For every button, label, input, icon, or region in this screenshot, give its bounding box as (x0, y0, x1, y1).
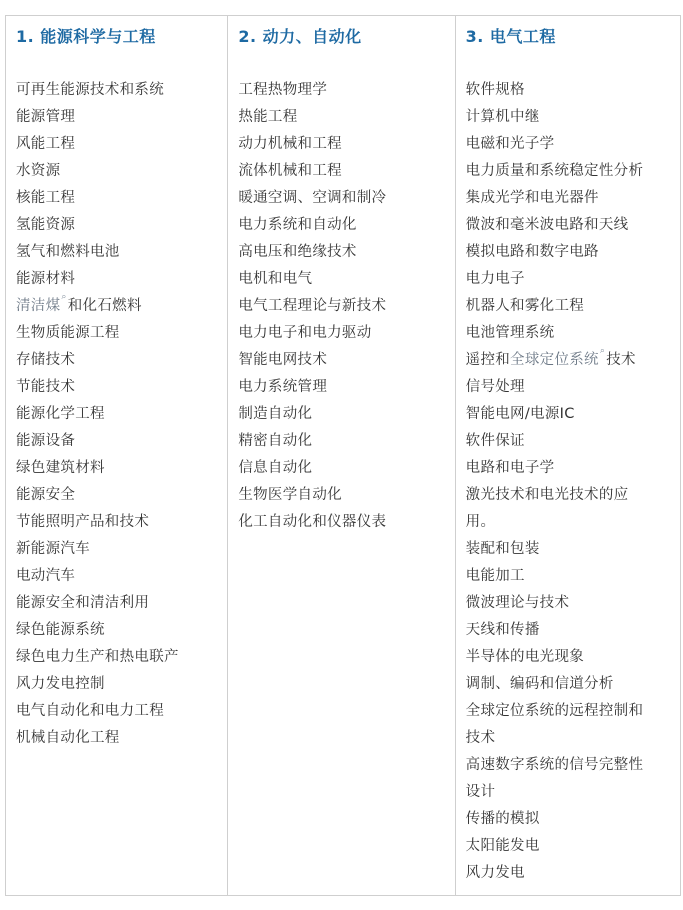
item-text: 氢气和燃料电池 (16, 244, 120, 260)
list-item: 热能工程 (238, 104, 454, 131)
item-text: 电力系统和自动化 (238, 217, 356, 233)
list-item: 智能电网技术 (238, 347, 454, 374)
item-text: 技术 (606, 352, 636, 368)
list-item: 模拟电路和数字电路 (466, 239, 674, 266)
item-text: 软件规格 (466, 82, 525, 98)
item-text: 天线和传播 (466, 622, 540, 638)
list-item: 水资源 (16, 158, 227, 185)
item-text: 调制、编码和信道分析 (466, 676, 614, 692)
list-item: 调制、编码和信道分析 (466, 671, 674, 698)
list-item: 软件保证 (466, 428, 674, 455)
list-item: 可再生能源技术和系统 (16, 77, 227, 104)
item-text: 工程热物理学 (238, 82, 327, 98)
item-text: 电磁和光子学 (466, 136, 555, 152)
item-text: 微波理论与技术 (466, 595, 570, 611)
item-text: 软件保证 (466, 433, 525, 449)
list-item: 全球定位系统的远程控制和 (466, 698, 674, 725)
list-item: 氢气和燃料电池 (16, 239, 227, 266)
item-text: 微波和毫米波电路和天线 (466, 217, 629, 233)
list-item: 动力机械和工程 (238, 131, 454, 158)
list-item: 信号处理 (466, 374, 674, 401)
column-electrical-engineering: 3. 电气工程 软件规格计算机中继电磁和光子学电力质量和系统稳定性分析集成光学和… (455, 16, 680, 895)
list-item: 电力系统和自动化 (238, 212, 454, 239)
list-item: 存储技术 (16, 347, 227, 374)
list-item: 电动汽车 (16, 563, 227, 590)
item-text: 电力电子和电力驱动 (238, 325, 371, 341)
item-text: 机械自动化工程 (16, 730, 120, 746)
list-item: 精密自动化 (238, 428, 454, 455)
column-power-automation: 2. 动力、自动化 工程热物理学热能工程动力机械和工程流体机械和工程暖通空调、空… (227, 16, 454, 895)
item-text: 热能工程 (238, 109, 297, 125)
list-item: 能源安全 (16, 482, 227, 509)
item-text: 电机和电气 (238, 271, 312, 287)
item-text: 电气自动化和电力工程 (16, 703, 164, 719)
list-item: 新能源汽车 (16, 536, 227, 563)
item-text: 核能工程 (16, 190, 75, 206)
item-text: 电动汽车 (16, 568, 75, 584)
item-text: 制造自动化 (238, 406, 312, 422)
item-text: 节能照明产品和技术 (16, 514, 149, 530)
list-item: 电池管理系统 (466, 320, 674, 347)
item-text: 存储技术 (16, 352, 75, 368)
item-text: 计算机中继 (466, 109, 540, 125)
item-text: 传播的模拟 (466, 811, 540, 827)
list-item: 绿色建筑材料 (16, 455, 227, 482)
list-item: 微波和毫米波电路和天线 (466, 212, 674, 239)
list-item: 流体机械和工程 (238, 158, 454, 185)
list-item: 电力电子 (466, 266, 674, 293)
item-text: 流体机械和工程 (238, 163, 342, 179)
list-item: 能源安全和清洁利用 (16, 590, 227, 617)
list-item: 电气工程理论与新技术 (238, 293, 454, 320)
item-text: 绿色电力生产和热电联产 (16, 649, 179, 665)
item-text: 电路和电子学 (466, 460, 555, 476)
item-text: 机器人和雾化工程 (466, 298, 584, 314)
item-text: 节能技术 (16, 379, 75, 395)
list-item: 遥控和全球定位系统⌕技术 (466, 347, 674, 374)
item-text: 生物医学自动化 (238, 487, 342, 503)
list-item: 电力电子和电力驱动 (238, 320, 454, 347)
list-item: 绿色能源系统 (16, 617, 227, 644)
item-text: 电能加工 (466, 568, 525, 584)
list-item: 风力发电控制 (16, 671, 227, 698)
list-item: 电气自动化和电力工程 (16, 698, 227, 725)
item-text: 绿色能源系统 (16, 622, 105, 638)
list-item: 设计 (466, 779, 674, 806)
list-item: 用。 (466, 509, 674, 536)
item-text: 高电压和绝缘技术 (238, 244, 356, 260)
list-item: 节能技术 (16, 374, 227, 401)
list-item: 软件规格 (466, 77, 674, 104)
item-text: 太阳能发电 (466, 838, 540, 854)
search-link[interactable]: 全球定位系统 (510, 352, 599, 368)
list-item: 集成光学和电光器件 (466, 185, 674, 212)
list-item: 电路和电子学 (466, 455, 674, 482)
list-item: 风能工程 (16, 131, 227, 158)
list-item: 电力质量和系统稳定性分析 (466, 158, 674, 185)
list-item: 装配和包装 (466, 536, 674, 563)
item-text: 设计 (466, 784, 496, 800)
list-item: 计算机中继 (466, 104, 674, 131)
list-item: 工程热物理学 (238, 77, 454, 104)
item-text: 电气工程理论与新技术 (238, 298, 386, 314)
search-link[interactable]: 清洁煤 (16, 298, 60, 314)
list-item: 节能照明产品和技术 (16, 509, 227, 536)
item-text: 电力系统管理 (238, 379, 327, 395)
item-text: 风力发电控制 (16, 676, 105, 692)
item-text: 水资源 (16, 163, 60, 179)
topics-table: 1. 能源科学与工程 可再生能源技术和系统能源管理风能工程水资源核能工程氢能资源… (5, 15, 681, 896)
list-item: 能源设备 (16, 428, 227, 455)
item-text: 信号处理 (466, 379, 525, 395)
item-text: 模拟电路和数字电路 (466, 244, 599, 260)
list-item: 激光技术和电光技术的应 (466, 482, 674, 509)
list-item: 电力系统管理 (238, 374, 454, 401)
topic-list: 可再生能源技术和系统能源管理风能工程水资源核能工程氢能资源氢气和燃料电池能源材料… (16, 77, 227, 752)
item-text: 智能电网/电源IC (466, 406, 575, 422)
item-text: 用。 (466, 514, 496, 530)
item-text: 集成光学和电光器件 (466, 190, 599, 206)
topic-list: 工程热物理学热能工程动力机械和工程流体机械和工程暖通空调、空调和制冷电力系统和自… (238, 77, 454, 536)
item-text: 智能电网技术 (238, 352, 327, 368)
item-text: 电力质量和系统稳定性分析 (466, 163, 644, 179)
list-item: 天线和传播 (466, 617, 674, 644)
item-text: 暖通空调、空调和制冷 (238, 190, 386, 206)
list-item: 清洁煤⌕和化石燃料 (16, 293, 227, 320)
item-text: 装配和包装 (466, 541, 540, 557)
list-item: 氢能资源 (16, 212, 227, 239)
list-item: 能源管理 (16, 104, 227, 131)
list-item: 智能电网/电源IC (466, 401, 674, 428)
list-item: 太阳能发电 (466, 833, 674, 860)
item-text: 全球定位系统的远程控制和 (466, 703, 644, 719)
item-text: 氢能资源 (16, 217, 75, 233)
column-header: 1. 能源科学与工程 (16, 25, 227, 49)
list-item: 电磁和光子学 (466, 131, 674, 158)
item-text: 绿色建筑材料 (16, 460, 105, 476)
list-item: 高速数字系统的信号完整性 (466, 752, 674, 779)
search-icon[interactable]: ⌕ (600, 344, 605, 358)
column-header: 2. 动力、自动化 (238, 25, 454, 49)
item-prefix: 遥控和 (466, 352, 510, 368)
list-item: 半导体的电光现象 (466, 644, 674, 671)
list-item: 信息自动化 (238, 455, 454, 482)
item-text: 电力电子 (466, 271, 525, 287)
item-text: 和化石燃料 (68, 298, 142, 314)
list-item: 电能加工 (466, 563, 674, 590)
item-text: 可再生能源技术和系统 (16, 82, 164, 98)
list-item: 生物医学自动化 (238, 482, 454, 509)
list-item: 制造自动化 (238, 401, 454, 428)
list-item: 机器人和雾化工程 (466, 293, 674, 320)
list-item: 能源材料 (16, 266, 227, 293)
list-item: 传播的模拟 (466, 806, 674, 833)
list-item: 电机和电气 (238, 266, 454, 293)
item-text: 高速数字系统的信号完整性 (466, 757, 644, 773)
item-text: 技术 (466, 730, 496, 746)
list-item: 风力发电 (466, 860, 674, 887)
search-icon[interactable]: ⌕ (61, 290, 66, 304)
list-item: 机械自动化工程 (16, 725, 227, 752)
item-text: 风力发电 (466, 865, 525, 881)
list-item: 绿色电力生产和热电联产 (16, 644, 227, 671)
list-item: 高电压和绝缘技术 (238, 239, 454, 266)
item-text: 新能源汽车 (16, 541, 90, 557)
item-text: 信息自动化 (238, 460, 312, 476)
column-header: 3. 电气工程 (466, 25, 674, 49)
topic-list: 软件规格计算机中继电磁和光子学电力质量和系统稳定性分析集成光学和电光器件微波和毫… (466, 77, 674, 887)
list-item: 微波理论与技术 (466, 590, 674, 617)
item-text: 能源安全和清洁利用 (16, 595, 149, 611)
column-energy-science: 1. 能源科学与工程 可再生能源技术和系统能源管理风能工程水资源核能工程氢能资源… (6, 16, 227, 895)
item-text: 激光技术和电光技术的应 (466, 487, 629, 503)
list-item: 化工自动化和仪器仪表 (238, 509, 454, 536)
list-item: 暖通空调、空调和制冷 (238, 185, 454, 212)
list-item: 能源化学工程 (16, 401, 227, 428)
item-text: 风能工程 (16, 136, 75, 152)
item-text: 半导体的电光现象 (466, 649, 584, 665)
list-item: 生物质能源工程 (16, 320, 227, 347)
list-item: 核能工程 (16, 185, 227, 212)
item-text: 生物质能源工程 (16, 325, 120, 341)
item-text: 化工自动化和仪器仪表 (238, 514, 386, 530)
item-text: 能源安全 (16, 487, 75, 503)
list-item: 技术 (466, 725, 674, 752)
item-text: 精密自动化 (238, 433, 312, 449)
item-text: 能源材料 (16, 271, 75, 287)
item-text: 电池管理系统 (466, 325, 555, 341)
item-text: 能源设备 (16, 433, 75, 449)
item-text: 动力机械和工程 (238, 136, 342, 152)
item-text: 能源管理 (16, 109, 75, 125)
item-text: 能源化学工程 (16, 406, 105, 422)
